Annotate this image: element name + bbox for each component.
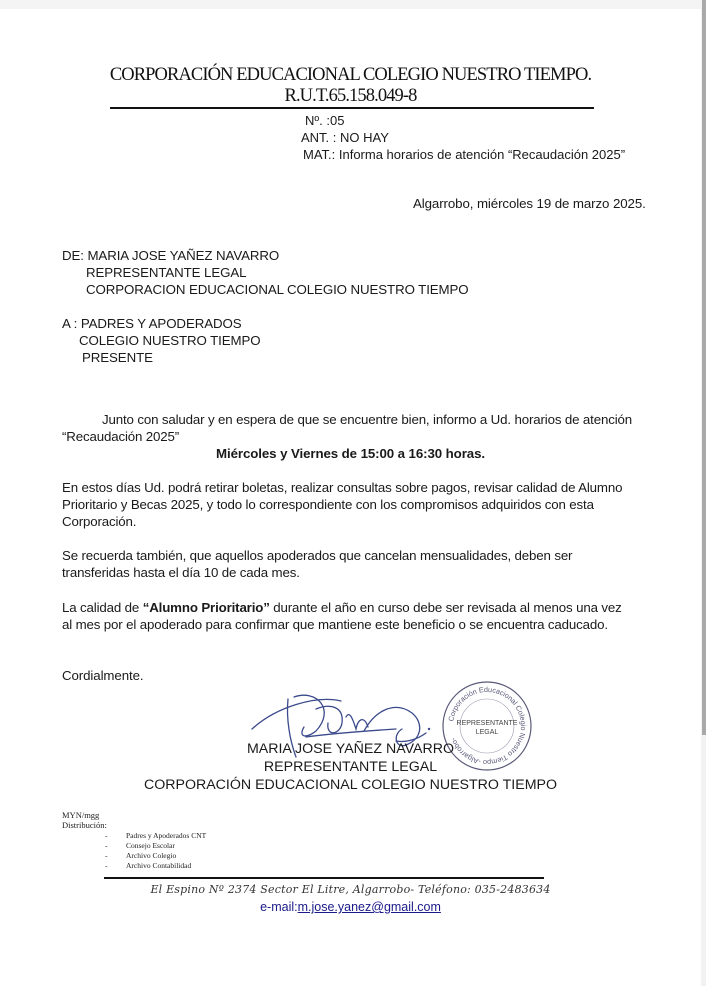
distribution-item: Archivo Colegio <box>126 851 176 860</box>
letterhead-rut: R.U.T.65.158.049-8 <box>0 86 701 107</box>
document-subject: MAT.: Informa horarios de atención “Reca… <box>303 147 625 162</box>
signatory-name: MARIA JOSE YAÑEZ NAVARRO <box>0 741 701 757</box>
paragraph-services: En estos días Ud. podrá retirar boletas,… <box>62 479 632 530</box>
svg-text:REPRESENTANTE: REPRESENTANTE <box>457 720 518 727</box>
document-number: Nº. :05 <box>305 113 344 128</box>
sender-organization: CORPORACION EDUCACIONAL COLEGIO NUESTRO … <box>86 282 469 297</box>
footer-divider <box>104 877 544 879</box>
distribution-item: Archivo Contabilidad <box>126 861 191 870</box>
date-line: Algarrobo, miércoles 19 de marzo 2025. <box>413 196 646 211</box>
intro-paragraph: Junto con saludar y en espera de que se … <box>62 411 632 445</box>
paragraph-transfers: Se recuerda también, que aquellos apoder… <box>62 547 632 581</box>
sender-role: REPRESENTANTE LEGAL <box>86 265 246 280</box>
document-ant: ANT. : NO HAY <box>301 130 389 145</box>
vertical-scrollbar[interactable] <box>701 0 706 986</box>
email-label: e-mail: <box>260 900 298 914</box>
paragraph-prioritario: La calidad de “Alumno Prioritario” duran… <box>62 599 632 633</box>
recipient-present: PRESENTE <box>82 350 153 365</box>
viewer-top-bar <box>0 0 706 9</box>
letterhead-title: CORPORACIÓN EDUCACIONAL COLEGIO NUESTRO … <box>0 65 701 86</box>
svg-text:LEGAL: LEGAL <box>476 729 499 736</box>
schedule-line: Miércoles y Viernes de 15:00 a 16:30 hor… <box>0 446 701 461</box>
recipient-school: COLEGIO NUESTRO TIEMPO <box>79 333 261 348</box>
header-divider <box>110 107 594 109</box>
email-link[interactable]: m.jose.yanez@gmail.com <box>298 900 441 914</box>
footer-address: El Espino Nº 2374 Sector El Litre, Algar… <box>0 883 701 896</box>
signatory-organization: CORPORACIÓN EDUCACIONAL COLEGIO NUESTRO … <box>0 777 701 793</box>
alumno-prioritario-emphasis: “Alumno Prioritario” <box>143 600 270 615</box>
distribution-label: Distribución: <box>62 820 107 830</box>
scrollbar-thumb[interactable] <box>702 0 706 735</box>
closing: Cordialmente. <box>62 668 143 683</box>
sender-name: DE: MARIA JOSE YAÑEZ NAVARRO <box>62 248 279 263</box>
distribution-item: Consejo Escolar <box>126 841 175 850</box>
footer-email-line: e-mail:m.jose.yanez@gmail.com <box>0 900 701 914</box>
recipient-line: A : PADRES Y APODERADOS <box>62 316 242 331</box>
document-page: CORPORACIÓN EDUCACIONAL COLEGIO NUESTRO … <box>0 9 701 986</box>
distribution-item: Padres y Apoderados CNT <box>126 831 206 840</box>
signatory-role: REPRESENTANTE LEGAL <box>0 759 701 775</box>
initials: MYN/mgg <box>62 810 99 820</box>
